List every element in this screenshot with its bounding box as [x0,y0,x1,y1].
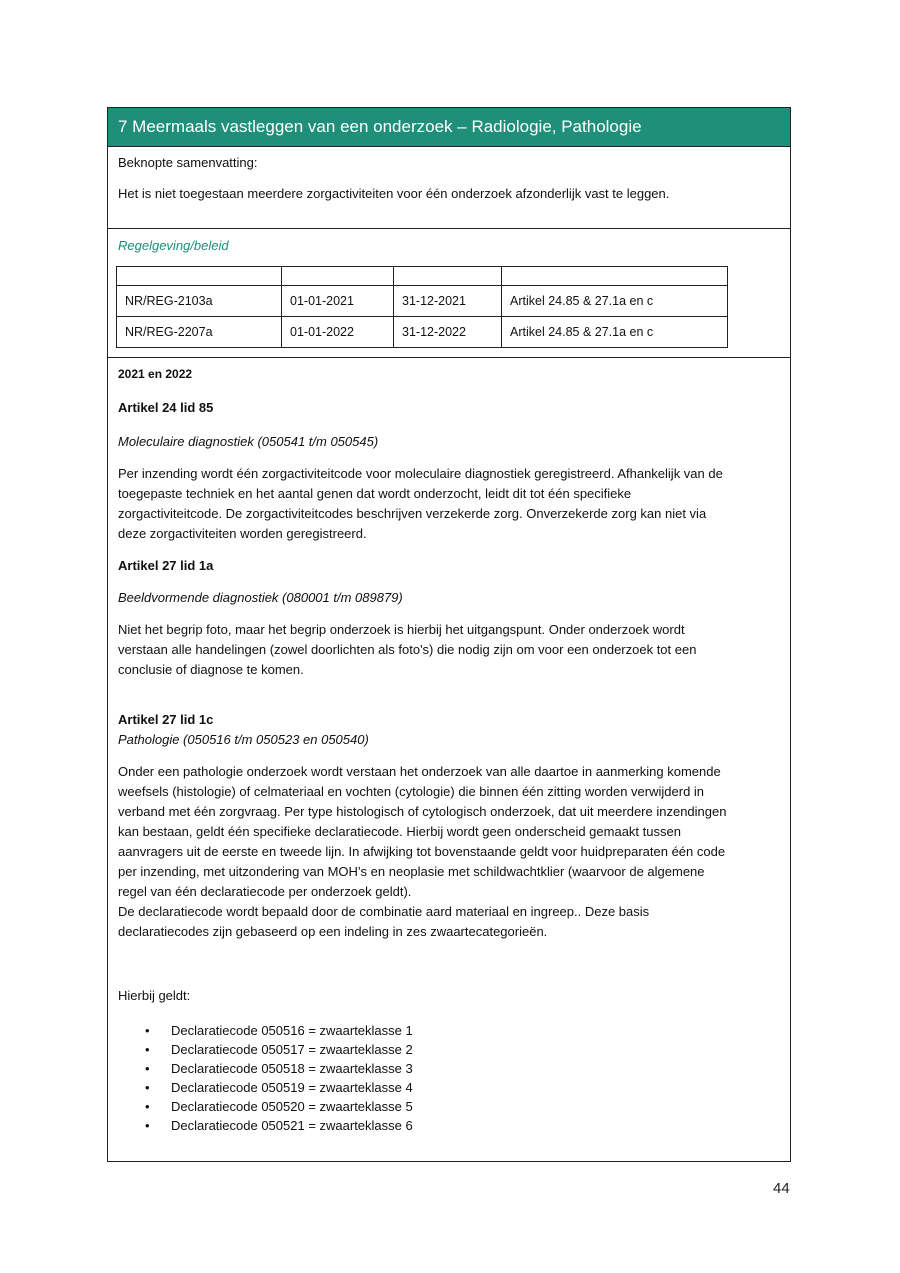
article-heading: Artikel 24 lid 85 [118,398,780,418]
paragraph-line: declaratiecodes zijn gebaseerd op een in… [118,922,780,942]
reg-article: Artikel 24.85 & 27.1a en c [502,286,728,317]
code-text: Declaratiecode 050516 = zwaarteklasse 1 [171,1023,413,1038]
code-text: Declaratiecode 050518 = zwaarteklasse 3 [171,1061,413,1076]
paragraph-line: Onder een pathologie onderzoek wordt ver… [118,762,780,782]
bullet-icon: • [145,1059,150,1078]
reg-id: NR/REG-2207a [117,317,282,348]
content-box: 7 Meermaals vastleggen van een onderzoek… [107,107,791,1162]
reg-article [502,267,728,286]
reg-article: Artikel 24.85 & 27.1a en c [502,317,728,348]
article-paragraph: Per inzending wordt één zorgactiviteitco… [118,464,780,544]
paragraph-line: per inzending, met uitzondering van MOH’… [118,862,780,882]
table-row: NR/REG-2103a 01-01-2021 31-12-2021 Artik… [117,286,728,317]
summary-text: Het is niet toegestaan meerdere zorgacti… [118,170,780,201]
article-heading: Artikel 27 lid 1c [118,710,780,730]
code-text: Declaratiecode 050520 = zwaarteklasse 5 [171,1099,413,1114]
reg-start [282,267,394,286]
reg-end [394,267,502,286]
reg-id [117,267,282,286]
bullet-icon: • [145,1021,150,1040]
regulation-table: NR/REG-2103a 01-01-2021 31-12-2021 Artik… [116,266,728,348]
paragraph-line: kan bestaan, geldt één specifieke declar… [118,822,780,842]
code-text: Declaratiecode 050521 = zwaarteklasse 6 [171,1118,413,1133]
bullet-icon: • [145,1116,150,1135]
paragraph-line: Niet het begrip foto, maar het begrip on… [118,620,780,640]
reg-end: 31-12-2021 [394,286,502,317]
paragraph-line: deze zorgactiviteiten worden geregistree… [118,524,780,544]
article-paragraph: Onder een pathologie onderzoek wordt ver… [118,762,780,942]
article-heading: Artikel 27 lid 1a [118,556,780,576]
list-item: •Declaratiecode 050517 = zwaarteklasse 2 [171,1040,780,1059]
reg-start: 01-01-2022 [282,317,394,348]
paragraph-line: toegepaste techniek en het aantal genen … [118,484,780,504]
page-number: 44 [773,1180,790,1197]
section-title: 7 Meermaals vastleggen van een onderzoek… [108,108,790,147]
list-item: •Declaratiecode 050518 = zwaarteklasse 3 [171,1059,780,1078]
paragraph-line: verstaan alle handelingen (zowel doorlic… [118,640,780,660]
paragraph-line: zorgactiviteitcode. De zorgactiviteitcod… [118,504,780,524]
paragraph-line: weefsels (histologie) of celmateriaal en… [118,782,780,802]
paragraph-line: verband met één zorgvraag. Per type hist… [118,802,780,822]
table-row: NR/REG-2207a 01-01-2022 31-12-2022 Artik… [117,317,728,348]
article-subheading: Moleculaire diagnostiek (050541 t/m 0505… [118,432,780,452]
regulation-title: Regelgeving/beleid [118,229,780,253]
paragraph-line: Per inzending wordt één zorgactiviteitco… [118,464,780,484]
list-item: •Declaratiecode 050519 = zwaarteklasse 4 [171,1078,780,1097]
bullet-icon: • [145,1040,150,1059]
list-item: •Declaratiecode 050516 = zwaarteklasse 1 [171,1021,780,1040]
code-text: Declaratiecode 050519 = zwaarteklasse 4 [171,1080,413,1095]
article-section: 2021 en 2022 Artikel 24 lid 85 Moleculai… [108,358,790,1135]
paragraph-line: regel van één declaratiecode per onderzo… [118,882,780,902]
reg-start: 01-01-2021 [282,286,394,317]
article-subheading: Beeldvormende diagnostiek (080001 t/m 08… [118,588,780,608]
regulation-section: Regelgeving/beleid NR/REG-2103a 01-01-20… [108,229,790,358]
reg-end: 31-12-2022 [394,317,502,348]
bullet-icon: • [145,1078,150,1097]
summary-section: Beknopte samenvatting: Het is niet toege… [108,147,790,229]
list-intro: Hierbij geldt: [118,986,780,1006]
summary-label: Beknopte samenvatting: [118,147,780,170]
bullet-icon: • [145,1097,150,1116]
article-paragraph: Niet het begrip foto, maar het begrip on… [118,620,780,680]
paragraph-line: De declaratiecode wordt bepaald door de … [118,902,780,922]
years-label: 2021 en 2022 [118,364,780,384]
paragraph-line: aanvragers uit de eerste en tweede lijn.… [118,842,780,862]
reg-id: NR/REG-2103a [117,286,282,317]
code-list: •Declaratiecode 050516 = zwaarteklasse 1… [118,1021,780,1135]
paragraph-line: conclusie of diagnose te komen. [118,660,780,680]
article-subheading: Pathologie (050516 t/m 050523 en 050540) [118,730,780,750]
list-item: •Declaratiecode 050520 = zwaarteklasse 5 [171,1097,780,1116]
list-item: •Declaratiecode 050521 = zwaarteklasse 6 [171,1116,780,1135]
table-row [117,267,728,286]
code-text: Declaratiecode 050517 = zwaarteklasse 2 [171,1042,413,1057]
